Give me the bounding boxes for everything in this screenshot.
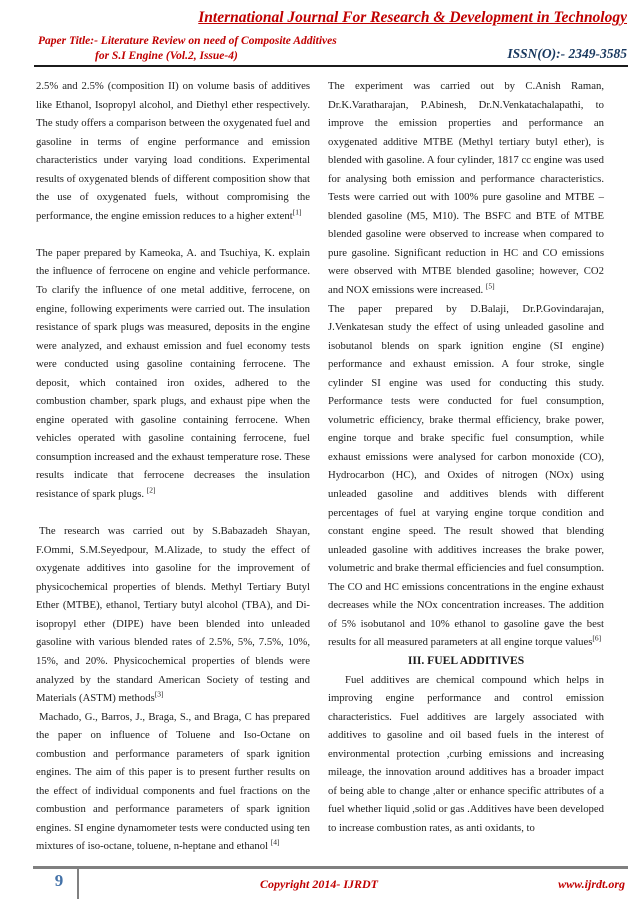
- footer-copyright: Copyright 2014- IJRDT: [0, 877, 638, 892]
- right-column: The experiment was carried out by C.Anis…: [328, 77, 604, 837]
- paragraph: The paper prepared by Kameoka, A. and Ts…: [36, 244, 310, 504]
- section-heading-fuel-additives: III. FUEL ADDITIVES: [328, 652, 604, 671]
- paragraph-text: 2.5% and 2.5% (composition II) on volume…: [36, 80, 310, 222]
- footer-website: www.ijrdt.org: [558, 877, 625, 892]
- paragraph-text: Machado, G., Barros, J., Braga, S., and …: [36, 711, 310, 853]
- reference-marker: [2]: [147, 485, 156, 494]
- paper-title: Paper Title:- Literature Review on need …: [38, 34, 337, 64]
- reference-marker: [5]: [486, 281, 495, 290]
- paragraph: 2.5% and 2.5% (composition II) on volume…: [36, 77, 310, 225]
- paragraph-text: The research was carried out by S.Babaza…: [36, 525, 310, 704]
- paragraph: Machado, G., Barros, J., Braga, S., and …: [36, 708, 310, 856]
- paragraph: Fuel additives are chemical compound whi…: [328, 671, 604, 838]
- header-divider: [34, 65, 628, 67]
- paragraph-text: The paper prepared by D.Balaji, Dr.P.Gov…: [328, 303, 604, 649]
- paragraph-text: The paper prepared by Kameoka, A. and Ts…: [36, 247, 310, 500]
- journal-page: International Journal For Research & Dev…: [0, 0, 638, 903]
- paragraph: The paper prepared by D.Balaji, Dr.P.Gov…: [328, 300, 604, 652]
- left-column: 2.5% and 2.5% (composition II) on volume…: [36, 77, 310, 856]
- reference-marker: [3]: [155, 689, 164, 698]
- reference-marker: [4]: [271, 838, 280, 847]
- paper-title-line2: for S.I Engine (Vol.2, Issue-4): [95, 49, 337, 64]
- journal-title: International Journal For Research & Dev…: [0, 9, 627, 27]
- reference-marker: [1]: [293, 207, 302, 216]
- issn-number: ISSN(O):- 2349-3585: [507, 46, 627, 62]
- paragraph-text: Fuel additives are chemical compound whi…: [328, 674, 604, 834]
- reference-marker: [6]: [592, 634, 601, 643]
- paragraph: The research was carried out by S.Babaza…: [36, 522, 310, 707]
- paragraph-text: The experiment was carried out by C.Anis…: [328, 80, 604, 296]
- paper-title-line1: Paper Title:- Literature Review on need …: [38, 34, 337, 49]
- paragraph: The experiment was carried out by C.Anis…: [328, 77, 604, 300]
- footer-divider: [33, 866, 628, 869]
